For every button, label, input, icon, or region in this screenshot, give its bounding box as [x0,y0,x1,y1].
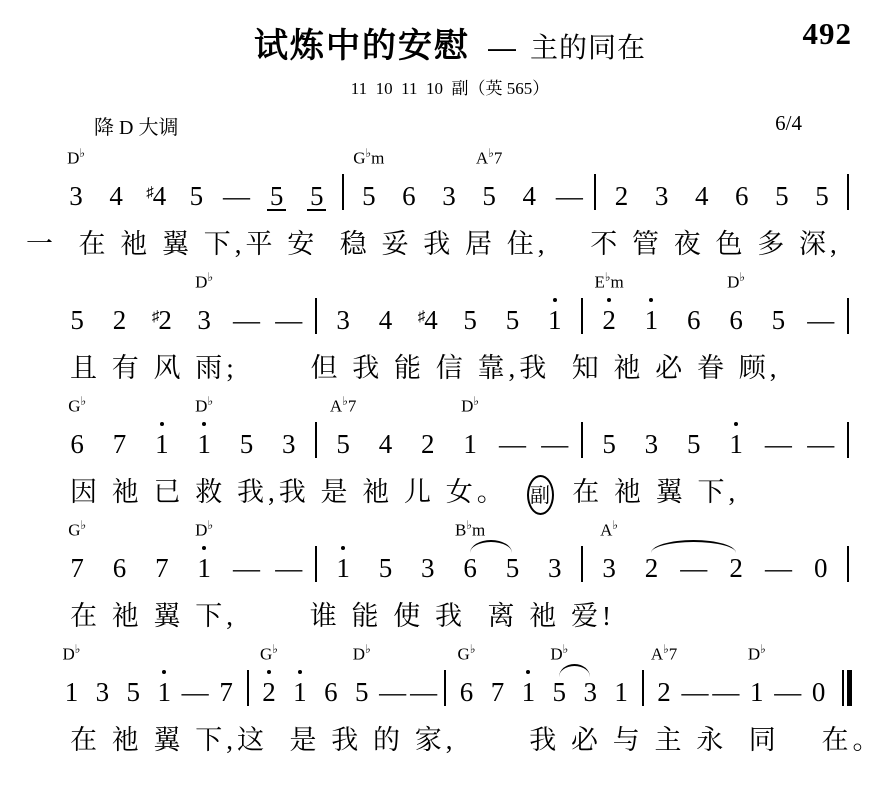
note: 4 [682,148,722,210]
note-digit: 3 [583,677,597,707]
note-value: ♯4 [407,306,449,334]
barline [842,148,854,210]
note: 1 [322,520,364,582]
note-value: 3 [183,306,225,334]
octave-dot [526,670,530,674]
note-value: 6 [722,182,762,210]
note: G♭7 [56,520,98,582]
note-value: 1 [183,430,225,458]
chord-label: D♭ [183,268,225,292]
chord-label: D♭ [183,516,225,540]
note-digit: 3 [442,181,456,211]
note-value: 5 [176,182,216,210]
note-digit: 6 [735,181,749,211]
note: 3 [322,272,364,334]
barline [576,272,588,334]
octave-dot [607,298,611,302]
note: G♭6 [451,644,482,706]
note-value: 5 [802,182,842,210]
note-value: 5 [588,430,630,458]
note: 3 [642,148,682,210]
note: 7 [141,520,183,582]
note-value: 0 [803,678,834,706]
note: G♭m5 [349,148,389,210]
note-value: 5 [349,182,389,210]
note: 6 [722,148,762,210]
note: — [268,272,310,334]
note-value: — [680,678,711,706]
barline [242,644,254,706]
note-digit: 5 [482,181,496,211]
note-digit: 0 [812,677,826,707]
note: D♭1 [56,644,87,706]
chord-label: D♭ [56,144,96,168]
note: D♭5 [346,644,377,706]
note-value: 7 [211,678,242,706]
note: 2 [601,148,641,210]
note: 7 [482,644,513,706]
note: D♭3 [183,272,225,334]
octave-dot [202,546,206,550]
note-digit: — [541,429,568,459]
note-digit: 2 [729,553,743,583]
note-digit: 1 [197,429,211,459]
sharp-accidental: ♯ [152,309,160,325]
note: — [534,396,576,458]
note-digit: 5 [602,429,616,459]
note: 1 [513,644,544,706]
note-value: 5 [544,678,575,706]
chord-label: A♭7 [469,144,509,168]
note: 5 [118,644,149,706]
note: D♭1 [183,396,225,458]
score: D♭34♯45—55G♭m563A♭754—234655一 在 祂 翼 下,平 … [40,148,860,760]
note: 5 [297,148,337,210]
note-digit: 3 [336,305,350,335]
note: — [491,396,533,458]
chord-label: E♭m [588,268,630,292]
note: 3 [630,396,672,458]
note-value: 5 [297,182,337,210]
barline-stroke [581,546,583,582]
note-value: — [710,678,741,706]
note-digit: 3 [69,181,83,211]
chord-label: D♭ [544,640,575,664]
barline-stroke [444,670,446,706]
page-number: 492 [803,16,853,52]
note-value: 6 [56,430,98,458]
barline [310,520,322,582]
note: A♭72 [649,644,680,706]
lyrics-line: 且 有 风 雨; 但 我 能 信 靠,我 知 祂 必 眷 顾, [70,348,860,388]
hymn-sheet-page: 492 试炼中的安慰 — 主的同在 11 10 11 10 副（英 565） 降… [0,0,896,790]
note: ♯2 [141,272,183,334]
barline-stroke [315,298,317,334]
note: E♭m2 [588,272,630,334]
note-digit: — [379,677,406,707]
note-value: 2 [601,182,641,210]
barline-stroke [847,546,849,582]
barline [589,148,601,210]
note: — [377,644,408,706]
note-value: 4 [364,306,406,334]
note-value: 0 [800,554,842,582]
lyrics-line: 在 祂 翼 下,这 是 我 的 家, 我 必 与 主 永 同 在。 [70,720,860,760]
note-digit: 4 [153,181,167,211]
note-digit: 5 [463,305,477,335]
note-digit: — [712,677,739,707]
note-value: — [800,430,842,458]
note: 3 [429,148,469,210]
note: G♭2 [254,644,285,706]
note: — [772,644,803,706]
note-value: 5 [257,182,297,210]
note-value: 7 [482,678,513,706]
note: 6 [389,148,429,210]
note-digit: 4 [695,181,709,211]
note-value: 3 [429,182,469,210]
note-digit: 5 [553,677,567,707]
note-digit: 1 [750,677,764,707]
note: 7 [98,396,140,458]
barline [439,644,451,706]
note-digit: 1 [463,429,477,459]
note-digit: 3 [548,553,562,583]
note-digit: — [223,181,250,211]
note-value: 6 [389,182,429,210]
note-digit: 5 [190,181,204,211]
note-digit: — [765,553,792,583]
barline-stroke [581,298,583,334]
note-digit: 1 [645,305,659,335]
note-value: — [225,306,267,334]
chord-label: G♭m [349,144,389,168]
barline-stroke [642,670,644,706]
note-digit: 2 [262,677,276,707]
note: 1 [715,396,757,458]
note: 0 [800,520,842,582]
note: 4 [364,272,406,334]
chord-label: G♭ [56,392,98,416]
note: 3 [268,396,310,458]
note-value: 5 [449,306,491,334]
note-digit: 4 [523,181,537,211]
note-digit: 2 [645,553,659,583]
note-digit: 1 [65,677,79,707]
note-digit: 5 [687,429,701,459]
note: 6 [98,520,140,582]
chord-label: A♭ [588,516,630,540]
note-digit: 5 [267,183,287,211]
note: — [225,272,267,334]
note-value: — [377,678,408,706]
note: B♭m6 [449,520,491,582]
note: 4 [96,148,136,210]
note-digit: 5 [506,305,520,335]
note-value: — [408,678,439,706]
note-value: — [180,678,211,706]
lyrics-line: 因 祂 已 救 我,我 是 祂 儿 女。 副 在 祂 翼 下, [70,472,860,512]
hymn-title: 试炼中的安慰 [254,27,470,65]
tied-notes: B♭m65 [449,520,534,582]
note-value: 4 [96,182,136,210]
note: — [800,272,842,334]
note-digit: — [556,181,583,211]
octave-dot [202,422,206,426]
final-barline [834,644,854,706]
note: 5 [491,520,533,582]
note-value: 2 [98,306,140,334]
barline [842,396,854,458]
note: 5 [176,148,216,210]
chord-label: B♭m [449,516,491,540]
note-value: 2 [715,554,757,582]
note: — [225,520,267,582]
note-value: 5 [118,678,149,706]
note-digit: 5 [240,429,254,459]
note: — [180,644,211,706]
note-value: 1 [630,306,672,334]
music-line: D♭34♯45—55G♭m563A♭754—234655 [56,148,854,210]
note: 5 [673,396,715,458]
chord-label: D♭ [183,392,225,416]
note-value: 7 [98,430,140,458]
note: A♭75 [322,396,364,458]
note-value: 2 [630,554,672,582]
barline-stroke [847,174,849,210]
note-value: 6 [451,678,482,706]
note-value: 1 [322,554,364,582]
note-digit: 0 [814,553,828,583]
chord-label: G♭ [451,640,482,664]
note-digit: 5 [775,181,789,211]
note: 1 [534,272,576,334]
octave-dot [267,670,271,674]
note-value: 6 [715,306,757,334]
note-value: 2 [254,678,285,706]
note-digit: 7 [491,677,505,707]
octave-dot [734,422,738,426]
note-digit: 2 [113,305,127,335]
barline-stroke [315,422,317,458]
barline [842,272,854,334]
note-digit: 6 [402,181,416,211]
note: 2 [715,520,757,582]
barline [842,520,854,582]
note-value: 5 [346,678,377,706]
note-digit: 1 [157,677,171,707]
note-digit: 6 [463,553,477,583]
note-digit: 3 [421,553,435,583]
note-digit: 5 [127,677,141,707]
note-digit: 5 [362,181,376,211]
note: 1 [630,272,672,334]
barline-stroke [842,670,844,706]
note-value: — [268,554,310,582]
note-digit: 4 [379,305,393,335]
octave-dot [298,670,302,674]
lyrics-line: 在 祂 翼 下, 谁 能 使 我 离 祂 爱! [70,596,860,636]
note-value: 3 [407,554,449,582]
note-digit: 3 [645,429,659,459]
note-value: 5 [56,306,98,334]
note-digit: — [410,677,437,707]
note: 3 [575,644,606,706]
note-digit: 3 [282,429,296,459]
note-digit: 3 [655,181,669,211]
lyrics-line: 一 在 祂 翼 下,平 安 稳 妥 我 居 住, 不 管 夜 色 多 深, [26,224,860,264]
note: 5 [491,272,533,334]
note: — [800,396,842,458]
chord-label: D♭ [449,392,491,416]
note: 2 [98,272,140,334]
note-value: 3 [87,678,118,706]
note-value: 5 [757,306,799,334]
music-line: G♭767D♭1——153B♭m653A♭32—2—0 [56,520,854,582]
octave-dot [162,670,166,674]
time-signature: 6/4 [775,111,802,140]
note-value: 3 [534,554,576,582]
octave-dot [160,422,164,426]
note: — [408,644,439,706]
note: 5 [802,148,842,210]
note-digit: — [275,553,302,583]
note-digit: 1 [729,429,743,459]
chord-label: D♭ [56,640,87,664]
note-digit: 1 [336,553,350,583]
note-digit: 2 [158,305,172,335]
note-digit: — [774,677,801,707]
note: — [757,520,799,582]
note: — [673,520,715,582]
note-digit: 5 [307,183,327,211]
note-digit: 5 [336,429,350,459]
sharp-accidental: ♯ [418,309,426,325]
note: 3 [407,520,449,582]
note: D♭1 [449,396,491,458]
note: D♭6 [715,272,757,334]
barline [576,396,588,458]
note: 5 [449,272,491,334]
note-digit: — [182,677,209,707]
note-value: 5 [225,430,267,458]
note-digit: 3 [96,677,110,707]
note-digit: 6 [324,677,338,707]
barline [337,148,349,210]
note-value: — [549,182,589,210]
note-value: — [225,554,267,582]
note-value: 1 [183,554,225,582]
note-digit: — [765,429,792,459]
note-value: 3 [575,678,606,706]
key-row: 降 D 大调 6/4 [94,111,802,140]
note-digit: — [499,429,526,459]
note: 5 [364,520,406,582]
note-value: 1 [513,678,544,706]
note-digit: 5 [70,305,84,335]
note-value: 5 [469,182,509,210]
note: G♭6 [56,396,98,458]
note-digit: 7 [113,429,127,459]
note-digit: 5 [772,305,786,335]
note-value: 7 [56,554,98,582]
music-line: D♭1351—7G♭216D♭5——G♭671D♭531A♭72——D♭1—0 [56,644,854,706]
note-value: 3 [588,554,630,582]
note-value: 6 [449,554,491,582]
note-digit: 1 [293,677,307,707]
note: — [710,644,741,706]
note: D♭5 [544,644,575,706]
note-value: 4 [682,182,722,210]
barline-stroke [247,670,249,706]
note-digit: 7 [219,677,233,707]
note: — [757,396,799,458]
title-row: 试炼中的安慰 — 主的同在 [40,24,860,68]
chord-label: G♭ [56,516,98,540]
key-signature: 降 D 大调 [94,111,178,140]
note-value: 6 [98,554,140,582]
meter-info: 11 10 11 10 副（英 565） [40,74,860,99]
note-digit: 2 [615,181,629,211]
note: 6 [315,644,346,706]
note-value: ♯4 [136,182,176,210]
chord-label: D♭ [346,640,377,664]
refrain-marker: 副 [527,475,554,515]
note: 1 [141,396,183,458]
note-digit: 1 [522,677,536,707]
note-digit: 3 [197,305,211,335]
note: 6 [673,272,715,334]
note: A♭3 [588,520,630,582]
note-digit: 6 [113,553,127,583]
octave-dot [341,546,345,550]
note-value: — [491,430,533,458]
note: 3 [534,520,576,582]
note: 5 [588,396,630,458]
note-digit: — [807,305,834,335]
note: D♭3 [56,148,96,210]
note-value: 1 [449,430,491,458]
tied-notes: 2—2 [630,520,757,582]
hymn-subtitle: 主的同在 [530,32,646,63]
note: 1 [606,644,637,706]
note: 7 [211,644,242,706]
note-digit: 5 [506,553,520,583]
note-value: — [800,306,842,334]
note: — [549,148,589,210]
note-digit: — [275,305,302,335]
note-value: 4 [364,430,406,458]
note-value: 3 [642,182,682,210]
note-value: — [673,554,715,582]
music-line: G♭671D♭153A♭7542D♭1——5351—— [56,396,854,458]
tied-notes: D♭53 [544,644,606,706]
note-value: 3 [322,306,364,334]
note-value: — [534,430,576,458]
chord-label: D♭ [715,268,757,292]
note-value: 1 [534,306,576,334]
note-value: 5 [762,182,802,210]
note: 5 [757,272,799,334]
barline-stroke [581,422,583,458]
note: — [216,148,256,210]
barline-stroke [847,298,849,334]
octave-dot [553,298,557,302]
note-value: 1 [141,430,183,458]
barline [310,272,322,334]
note-digit: 1 [548,305,562,335]
note: 0 [803,644,834,706]
